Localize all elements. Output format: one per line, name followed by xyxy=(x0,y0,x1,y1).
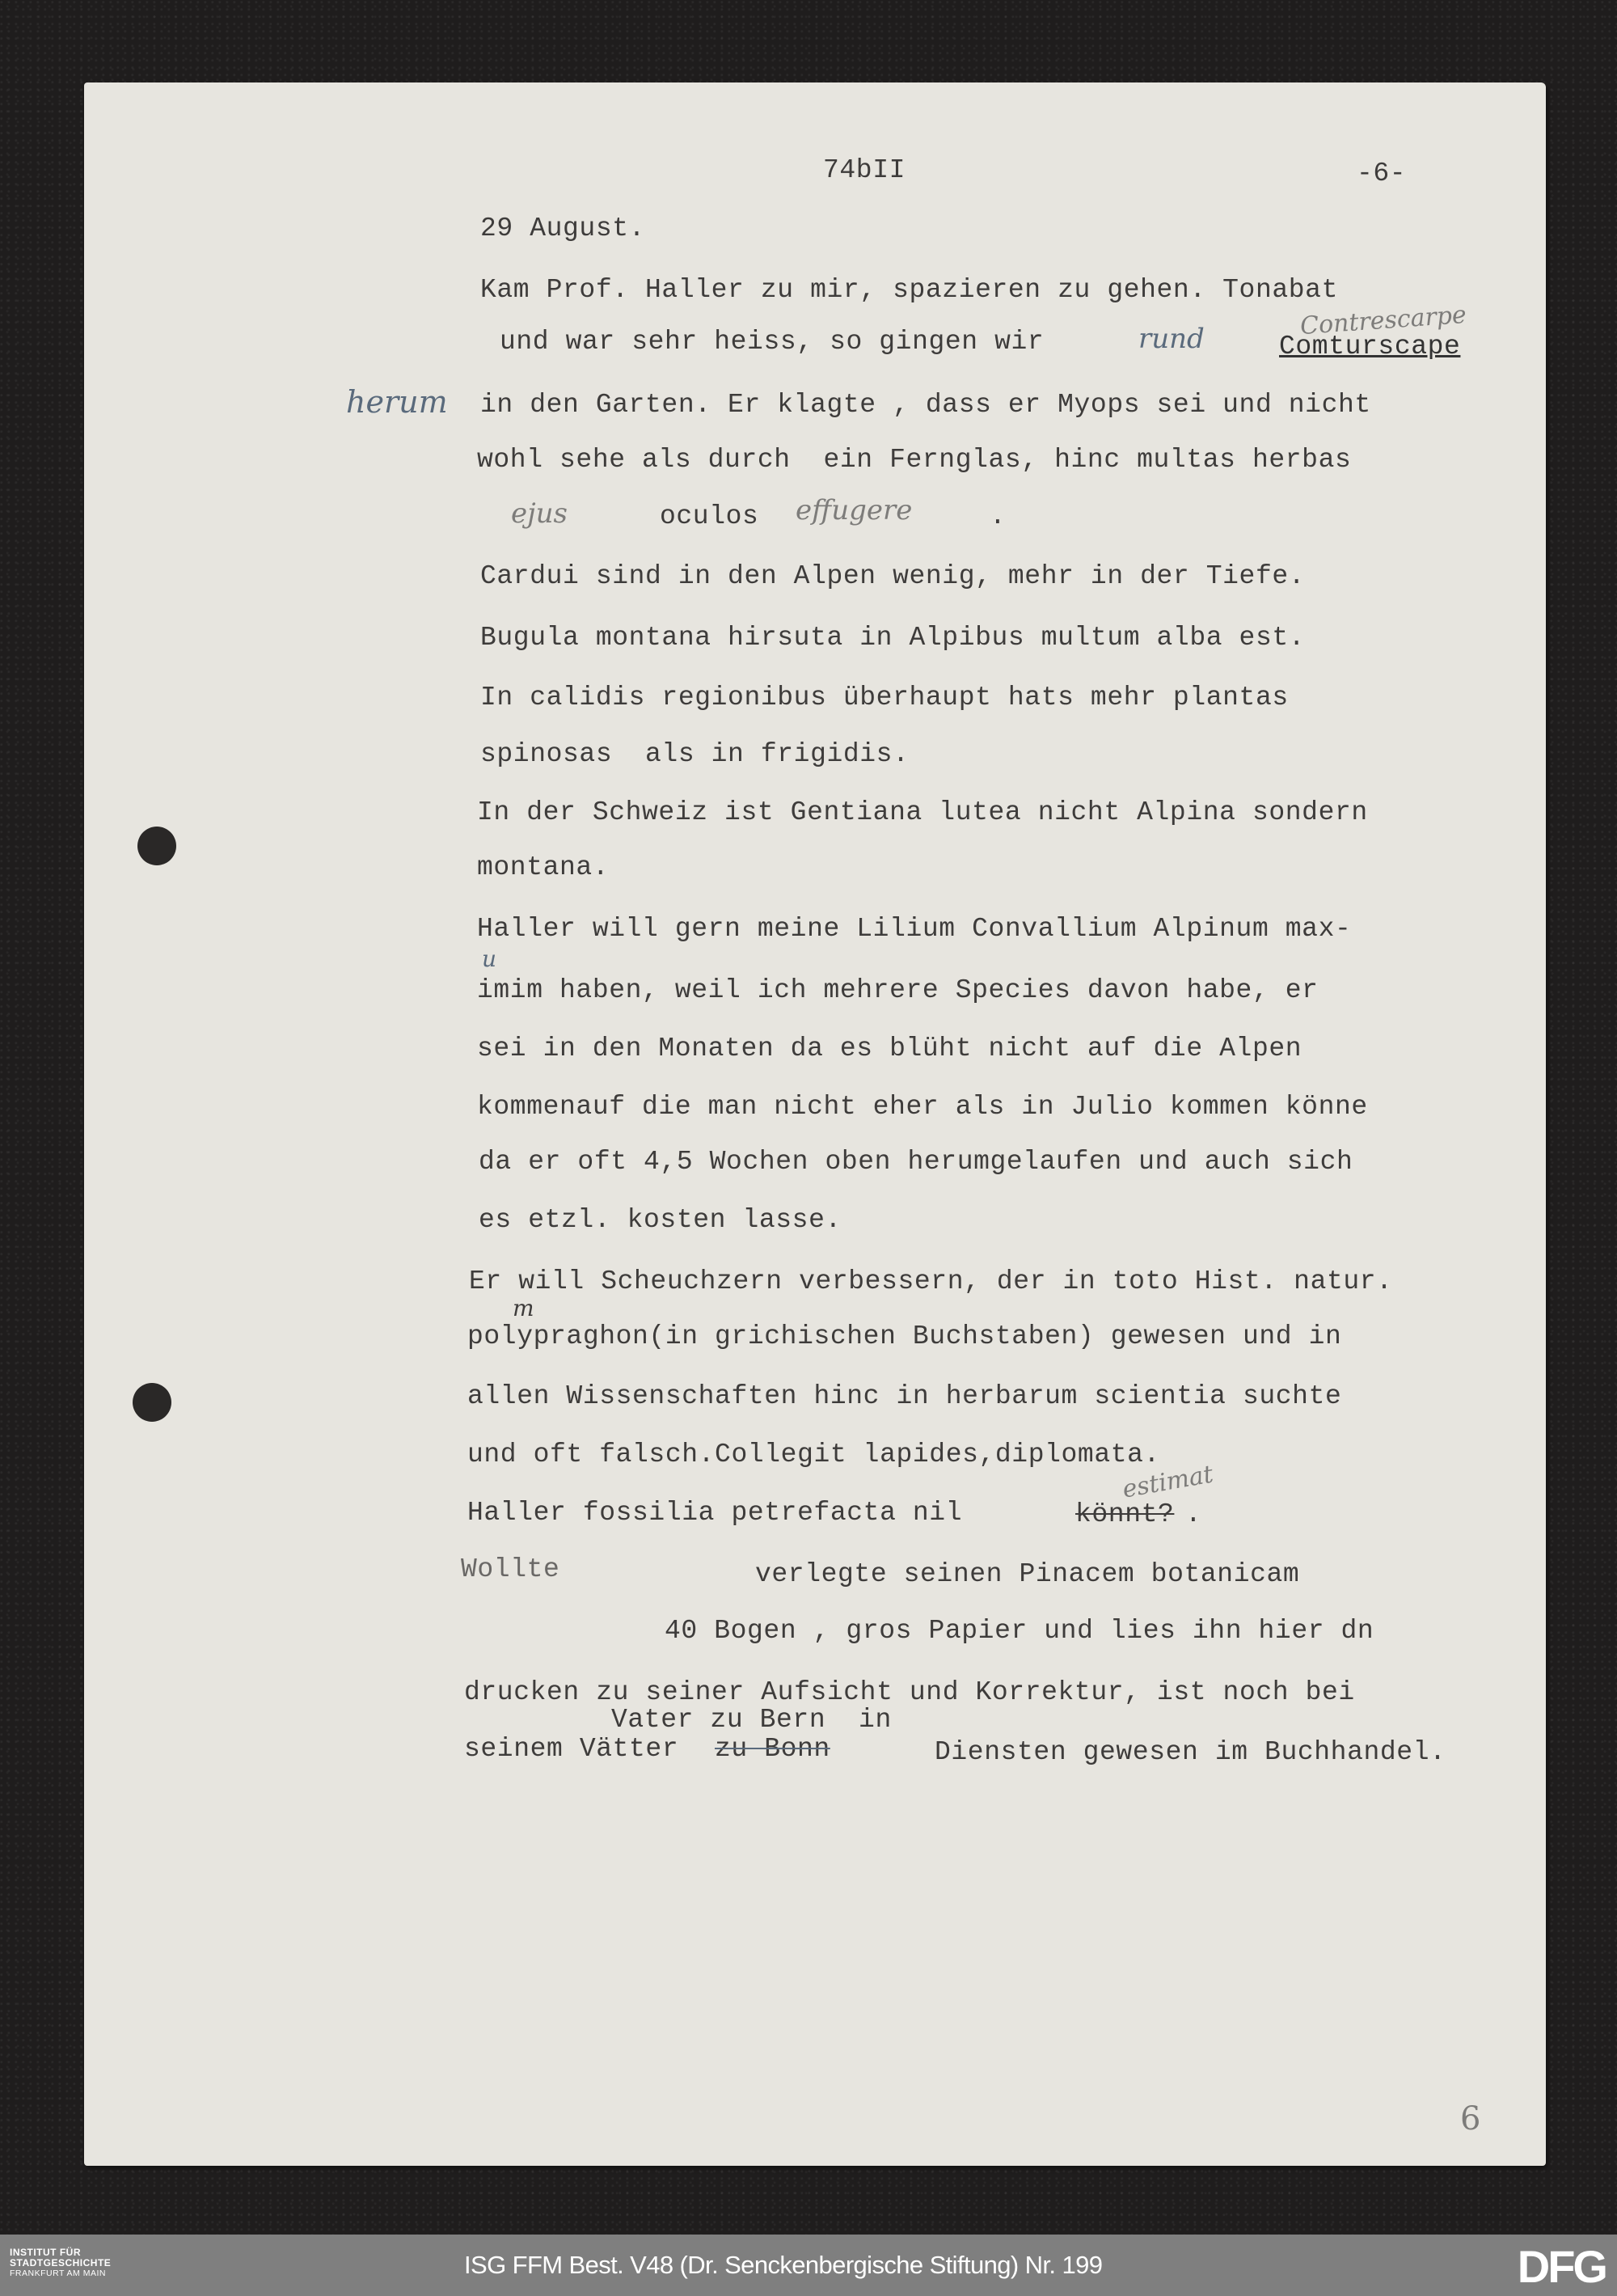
page-marker: -6- xyxy=(1357,160,1406,187)
text-line: Bugula montana hirsuta in Alpibus multum… xyxy=(480,624,1305,651)
text-line: montana. xyxy=(477,854,609,881)
text-line: und war sehr heiss, so gingen wir xyxy=(500,328,1044,355)
text-line: In der Schweiz ist Gentiana lutea nicht … xyxy=(477,799,1368,826)
text-line: da er oft 4,5 Wochen oben herumgelaufen … xyxy=(479,1148,1353,1175)
institution-name-line2: STADTGESCHICHTE xyxy=(10,2258,111,2269)
text-line: polypraghon(in grichischen Buchstaben) g… xyxy=(467,1323,1341,1350)
text-line: Diensten gewesen im Buchhandel. xyxy=(935,1739,1446,1765)
annotation-ejus: ejus xyxy=(511,500,568,527)
text-line: verlegte seinen Pinacem botanicam xyxy=(755,1561,1299,1588)
annotation-u-correction: u xyxy=(482,948,496,970)
annotation-m-correction: m xyxy=(513,1297,534,1320)
annotation-rund: rund xyxy=(1138,325,1205,353)
text-line: spinosas als in frigidis. xyxy=(480,741,909,767)
text-line: Haller fossilia petrefacta nil xyxy=(467,1499,962,1526)
text-line: In calidis regionibus überhaupt hats meh… xyxy=(480,684,1289,711)
text-line: sei in den Monaten da es blüht nicht auf… xyxy=(477,1035,1302,1062)
archive-caption: ISG FFM Best. V48 (Dr. Senckenbergische … xyxy=(464,2251,1102,2280)
text-line: oculos xyxy=(660,503,758,530)
hole-punch-bottom xyxy=(133,1383,171,1422)
institution-city: FRANKFURT AM MAIN xyxy=(10,2269,111,2279)
annotation-effugere: effugere xyxy=(796,497,912,524)
annotation-herum: herum xyxy=(346,387,448,417)
text-line: Haller will gern meine Lilium Convallium… xyxy=(477,915,1351,942)
text-line: es etzl. kosten lasse. xyxy=(479,1207,842,1233)
text-line: imim haben, weil ich mehrere Species dav… xyxy=(477,977,1319,1004)
text-struck-zu-bonn: zu Bonn xyxy=(715,1736,830,1762)
text-line: Wollte xyxy=(461,1556,559,1583)
text-line: kommenauf die man nicht eher als in Juli… xyxy=(477,1093,1368,1120)
text-line-inserted: Vater zu Bern in xyxy=(611,1706,892,1733)
text-line: Cardui sind in den Alpen wenig, mehr in … xyxy=(480,563,1305,590)
text-line: wohl sehe als durch ein Fernglas, hinc m… xyxy=(477,446,1351,473)
folio-number: 6 xyxy=(1460,2103,1480,2135)
text-line: seinem Vätter xyxy=(464,1736,678,1762)
archive-footer-bar: INSTITUT FÜR STADTGESCHICHTE FRANKFURT A… xyxy=(0,2235,1617,2296)
text-struck-konnt: könnt? xyxy=(1075,1501,1174,1528)
text-line: drucken zu seiner Aufsicht und Korrektur… xyxy=(464,1679,1355,1706)
hole-punch-top xyxy=(137,827,176,865)
text-line: Kam Prof. Haller zu mir, spazieren zu ge… xyxy=(480,277,1338,303)
dfg-logo: DFG xyxy=(1518,2243,1606,2291)
text-line: allen Wissenschaften hinc in herbarum sc… xyxy=(467,1383,1341,1410)
text-line: . xyxy=(990,503,1006,530)
document-signature: 74bII xyxy=(823,157,906,184)
text-line: Er will Scheuchzern verbessern, der in t… xyxy=(469,1268,1393,1295)
text-line: und oft falsch.Collegit lapides,diplomat… xyxy=(467,1441,1160,1468)
institution-logo: INSTITUT FÜR STADTGESCHICHTE FRANKFURT A… xyxy=(10,2247,111,2279)
entry-date: 29 August. xyxy=(480,215,645,242)
text-line: in den Garten. Er klagte , dass er Myops… xyxy=(480,391,1371,418)
text-line: 40 Bogen , gros Papier und lies ihn hier… xyxy=(665,1617,1374,1644)
text-line: . xyxy=(1185,1501,1201,1528)
